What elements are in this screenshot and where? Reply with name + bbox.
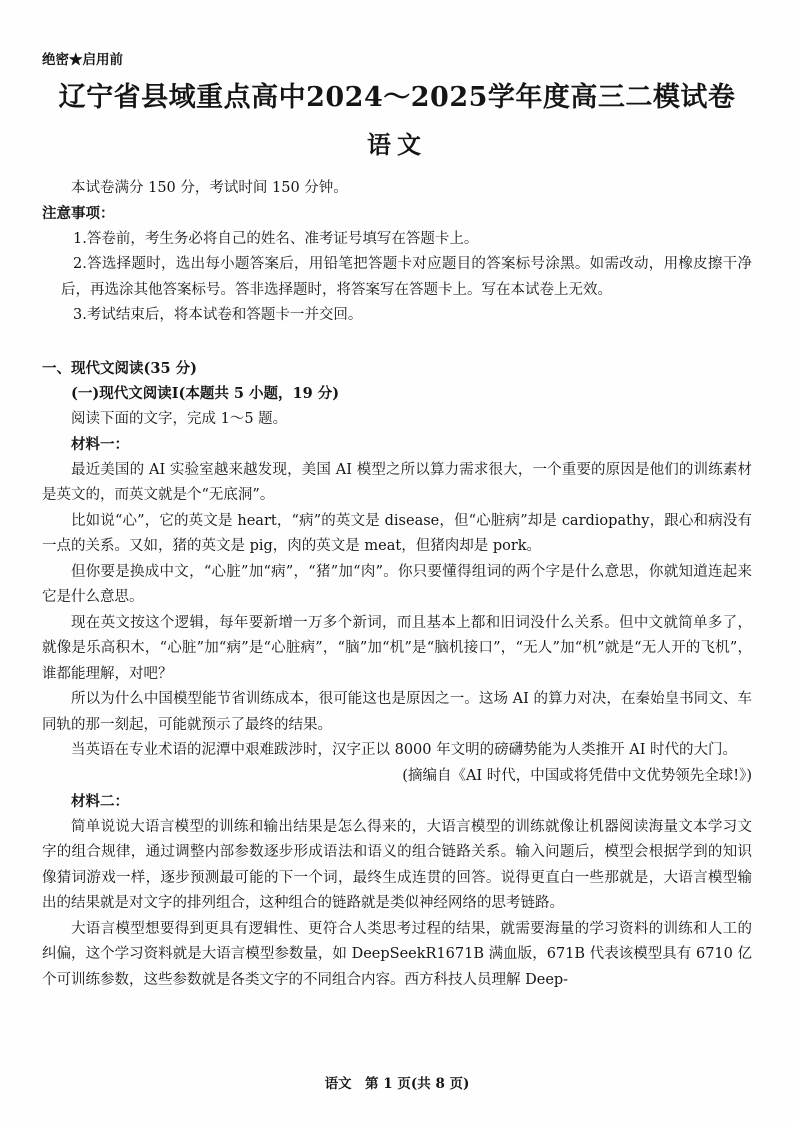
material-two-label: 材料二： [42,789,752,815]
material-one-paragraph-5: 所以为什么中国模型能节省训练成本，很可能这也是原因之一。这场 AI 的算力对决，… [42,687,752,738]
subject-title: 语文 [42,132,752,158]
page-title: 辽宁省县域重点高中2024～2025学年度高三二模试卷 [42,80,752,116]
note-item-3: 3.考试结束后，将本试卷和答题卡一并交回。 [61,303,752,329]
notes-heading: 注意事项： [42,201,752,227]
material-one-paragraph-4: 现在英文按这个逻辑，每年要新增一万多个新词，而且基本上都和旧词没什么关系。但中文… [42,611,752,688]
note-item-1: 1.答卷前，考生务必将自己的姓名、准考证号填写在答题卡上。 [61,227,752,253]
material-one-attribution: (摘编自《AI 时代，中国或将凭借中文优势领先全球!》) [42,764,752,790]
material-one-paragraph-6: 当英语在专业术语的泥潭中艰难跋涉时，汉字正以 8000 年文明的磅礴势能为人类推… [42,738,752,764]
material-two-paragraph-1: 简单说说大语言模型的训练和输出结果是怎么得来的，大语言模型的训练就像让机器阅读海… [42,815,752,917]
material-one-paragraph-3: 但你要是换成中文，“心脏”加“病”，“猪”加“肉”。你只要懂得组词的两个字是什么… [42,560,752,611]
material-one-label: 材料一： [42,432,752,458]
material-one-passage: 最近美国的 AI 实验室越来越发现，美国 AI 模型之所以算力需求很大，一个重要… [42,458,752,764]
material-two-passage: 简单说说大语言模型的训练和输出结果是怎么得来的，大语言模型的训练就像让机器阅读海… [42,815,752,994]
classification-label: 绝密★启用前 [42,50,752,70]
section-one-subheading: (一)现代文阅读Ⅰ(本题共 5 小题，19 分) [42,381,752,407]
reading-instruction: 阅读下面的文字，完成 1～5 题。 [42,407,752,433]
page-footer: 语文 第 1 页(共 8 页) [0,1072,794,1098]
material-one-paragraph-2: 比如说“心”，它的英文是 heart，“病”的英文是 disease，但“心脏病… [42,509,752,560]
exam-info: 本试卷满分 150 分，考试时间 150 分钟。 [42,176,752,202]
section-one-heading: 一、现代文阅读(35 分) [42,356,752,382]
material-one-paragraph-1: 最近美国的 AI 实验室越来越发现，美国 AI 模型之所以算力需求很大，一个重要… [42,458,752,509]
note-item-2: 2.答选择题时，选出每小题答案后，用铅笔把答题卡对应题目的答案标号涂黑。如需改动… [61,252,752,303]
exam-paper-page: 绝密★启用前 辽宁省县域重点高中2024～2025学年度高三二模试卷 语文 本试… [0,0,794,1123]
material-two-paragraph-2: 大语言模型想要得到更具有逻辑性、更符合人类思考过程的结果，就需要海量的学习资料的… [42,917,752,994]
